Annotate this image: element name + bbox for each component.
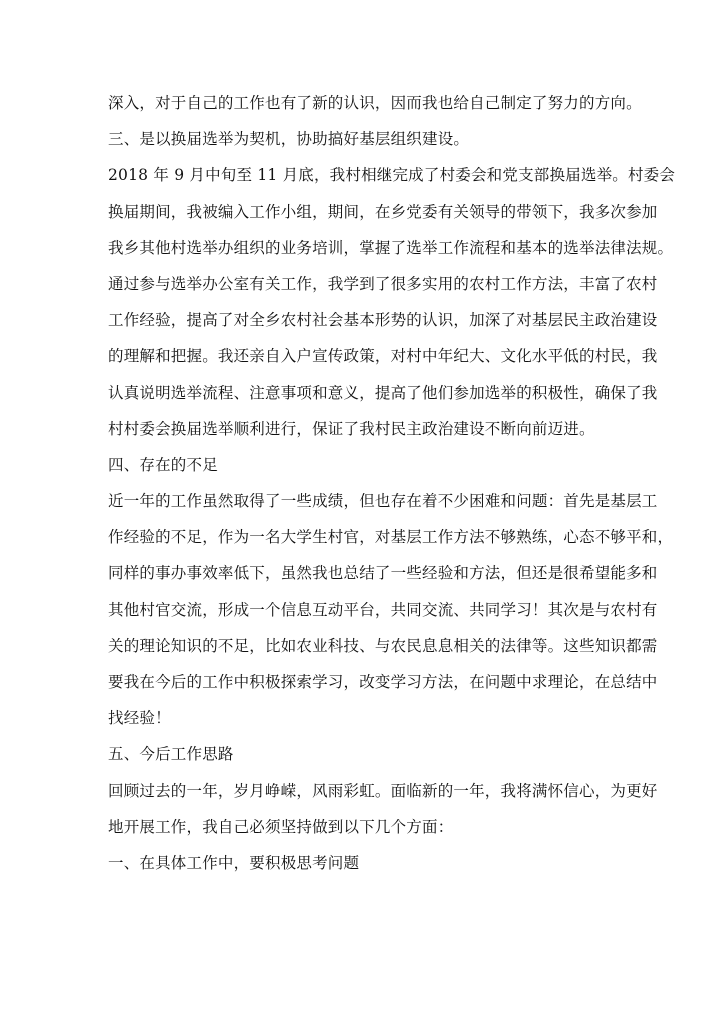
text-line: 的理解和把握。我还亲自入户宣传政策，对村中年纪大、文化水平低的村民，我 <box>108 338 628 374</box>
text-line: 换届期间，我被编入工作小组，期间，在乡党委有关领导的带领下，我多次参加 <box>108 194 628 230</box>
text-line: 找经验！ <box>108 700 628 736</box>
text-line: 近一年的工作虽然取得了一些成绩，但也存在着不少困难和问题：首先是基层工 <box>108 483 628 519</box>
text-line: 2018 年 9 月中旬至 11 月底，我村相继完成了村委会和党支部换届选举。村… <box>108 157 628 193</box>
text-line: 同样的事办事效率低下，虽然我也总结了一些经验和方法，但还是很希望能多和 <box>108 555 628 591</box>
subsection-heading: 一、在具体工作中，要积极思考问题 <box>108 845 628 881</box>
text-line: 通过参与选举办公室有关工作，我学到了很多实用的农村工作方法，丰富了农村 <box>108 266 628 302</box>
text-line: 地开展工作，我自己必须坚持做到以下几个方面： <box>108 809 628 845</box>
text-line: 认真说明选举流程、注意事项和意义，提高了他们参加选举的积极性，确保了我 <box>108 375 628 411</box>
text-line: 回顾过去的一年，岁月峥嵘，风雨彩虹。面临新的一年，我将满怀信心，为更好 <box>108 773 628 809</box>
text-line: 其他村官交流，形成一个信息互动平台，共同交流、共同学习！其次是与农村有 <box>108 592 628 628</box>
document-body: 深入，对于自己的工作也有了新的认识，因而我也给自己制定了努力的方向。 三、是以换… <box>108 85 628 881</box>
text-line: 作经验的不足，作为一名大学生村官，对基层工作方法不够熟练，心态不够平和， <box>108 519 628 555</box>
text-line: 要我在今后的工作中积极探索学习，改变学习方法，在问题中求理论，在总结中 <box>108 664 628 700</box>
section-heading: 四、存在的不足 <box>108 447 628 483</box>
section-heading: 五、今后工作思路 <box>108 736 628 772</box>
text-line: 工作经验，提高了对全乡农村社会基本形势的认识，加深了对基层民主政治建设 <box>108 302 628 338</box>
text-line: 我乡其他村选举办组织的业务培训，掌握了选举工作流程和基本的选举法律法规。 <box>108 230 628 266</box>
text-line: 深入，对于自己的工作也有了新的认识，因而我也给自己制定了努力的方向。 <box>108 85 628 121</box>
text-line: 关的理论知识的不足，比如农业科技、与农民息息相关的法律等。这些知识都需 <box>108 628 628 664</box>
text-line: 村村委会换届选举顺利进行，保证了我村民主政治建设不断向前迈进。 <box>108 411 628 447</box>
section-heading: 三、是以换届选举为契机，协助搞好基层组织建设。 <box>108 121 628 157</box>
